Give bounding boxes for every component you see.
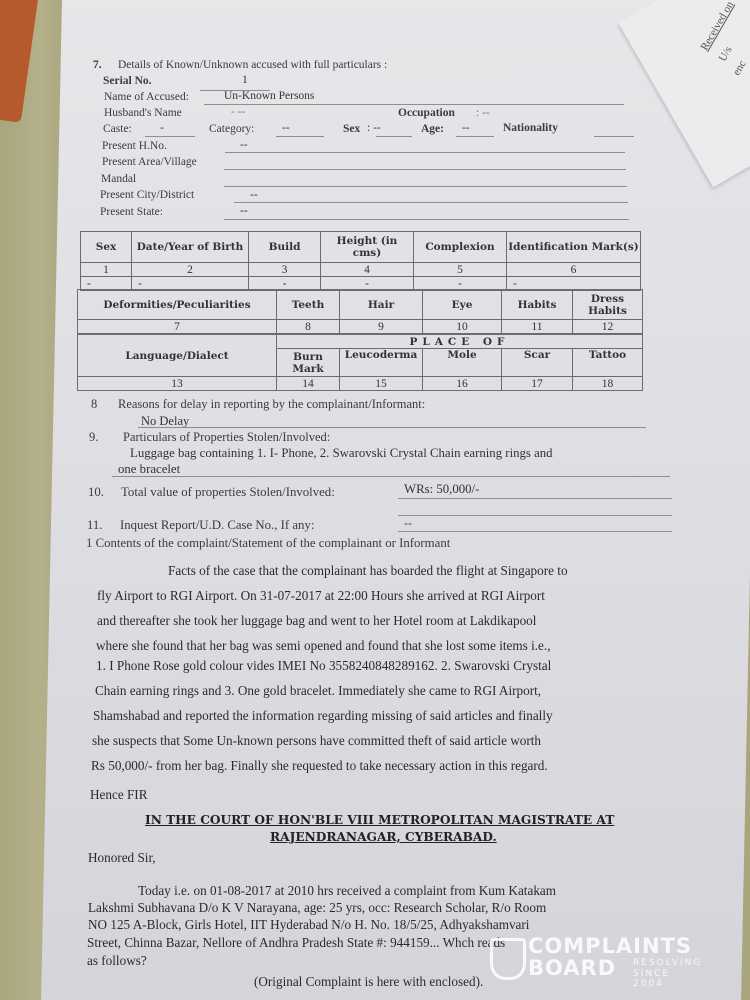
col-number: 8	[277, 320, 340, 334]
section9-number: 9.	[89, 430, 98, 445]
occupation-label: Occupation	[398, 107, 455, 119]
th-sex: Sex	[81, 232, 132, 263]
th-leucoderma: Leucoderma	[340, 349, 423, 377]
shield-icon	[490, 938, 526, 980]
city-value: --	[250, 189, 258, 201]
category-value: --	[282, 122, 290, 134]
th-eye: Eye	[423, 290, 502, 320]
court-body-line: NO 125 A-Block, Girls Hotel, IIT Hyderab…	[88, 916, 529, 934]
col-number: 10	[423, 320, 502, 334]
sex-label: Sex	[343, 123, 360, 135]
col-number: 7	[78, 320, 277, 334]
th-complexion: Complexion	[414, 232, 507, 263]
facts-line: and thereafter she took her luggage bag …	[97, 609, 536, 634]
col-number: 13	[78, 377, 277, 391]
watermark-tagline2: SINCE 2004	[633, 969, 670, 989]
th-mole: Mole	[423, 349, 502, 377]
section9-value-line2: one bracelet	[118, 462, 180, 477]
th-burn-mark: Burn Mark	[277, 349, 340, 377]
col-number: 14	[277, 377, 340, 391]
section7-number: 7.	[93, 59, 102, 71]
state-label: Present State:	[100, 206, 163, 218]
col-number: 4	[321, 263, 414, 277]
th-tattoo: Tattoo	[573, 349, 643, 377]
col-number: 18	[573, 377, 643, 391]
watermark-tagline1: RESOLVING	[633, 958, 702, 968]
court-body-line: Lakshmi Subhavana D/o K V Narayana, age:…	[88, 899, 546, 917]
court-body-line: as follows?	[87, 952, 147, 970]
col-number: 16	[423, 377, 502, 391]
section8-number: 8	[91, 397, 97, 412]
section7-title: Details of Known/Unknown accused with fu…	[118, 59, 387, 71]
mandal-label: Mandal	[101, 173, 136, 185]
col-number: 1	[81, 263, 132, 277]
nationality-label: Nationality	[503, 122, 558, 134]
court-heading-line1: IN THE COURT OF HON'BLE VIII METROPOLITA…	[145, 813, 614, 827]
husband-label: Husband's Name	[104, 107, 182, 119]
col-number: 2	[132, 263, 249, 277]
th-dob: Date/Year of Birth	[132, 232, 249, 263]
th-language: Language/Dialect	[78, 335, 277, 377]
description-table-3: Language/Dialect PLACE OF Burn Mark Leuc…	[77, 334, 643, 391]
facts-line: 1. I Phone Rose gold colour vides IMEI N…	[96, 654, 551, 679]
court-heading-line2: RAJENDRANAGAR, CYBERABAD.	[270, 830, 497, 844]
watermark-brand-line1: COMPLAINTS	[528, 934, 692, 958]
section10-number: 10.	[88, 485, 104, 500]
section11-number: 11.	[87, 518, 103, 533]
facts-line: Chain earning rings and 3. One gold brac…	[95, 679, 541, 704]
serial-label: Serial No.	[103, 75, 152, 87]
facts-line: fly Airport to RGI Airport. On 31-07-201…	[97, 584, 545, 609]
court-body-line: Today i.e. on 01-08-2017 at 2010 hrs rec…	[138, 882, 556, 900]
description-table-2: Deformities/Peculiarities Teeth Hair Eye…	[77, 289, 643, 334]
caste-label: Caste:	[103, 123, 132, 135]
th-hair: Hair	[340, 290, 423, 320]
th-place-of: PLACE OF	[277, 335, 643, 349]
name-value: Un-Known Persons	[224, 90, 314, 102]
section12-label: 1 Contents of the complaint/Statement of…	[86, 536, 450, 551]
col-number: 17	[502, 377, 573, 391]
section10-value: WRs: 50,000/-	[404, 482, 479, 497]
th-height: Height (in cms)	[321, 232, 414, 263]
hno-value: --	[240, 139, 248, 151]
th-habits: Habits	[502, 290, 573, 320]
facts-line: Facts of the case that the complainant h…	[168, 559, 568, 584]
th-dress-habits: Dress Habits	[573, 290, 643, 320]
state-value: --	[240, 205, 248, 217]
description-table-1: Sex Date/Year of Birth Build Height (in …	[80, 231, 641, 291]
facts-line: Shamshabad and reported the information …	[93, 704, 553, 729]
serial-value: 1	[242, 74, 248, 86]
husband-value: - --	[231, 106, 245, 118]
section8-label: Reasons for delay in reporting by the co…	[118, 397, 425, 412]
th-teeth: Teeth	[277, 290, 340, 320]
th-scar: Scar	[502, 349, 573, 377]
th-identification: Identification Mark(s)	[507, 232, 641, 263]
hno-label: Present H.No.	[102, 140, 167, 152]
col-number: 5	[414, 263, 507, 277]
section9-label: Particulars of Properties Stolen/Involve…	[123, 430, 330, 445]
facts-line: she suspects that Some Un-known persons …	[92, 729, 541, 754]
salutation: Honored Sir,	[88, 846, 156, 871]
court-body-line: Street, Chinna Bazar, Nellore of Andhra …	[87, 934, 505, 952]
watermark-brand-line2: BOARD	[528, 956, 616, 980]
age-label: Age:	[421, 123, 444, 135]
sex-value: : --	[367, 122, 381, 134]
area-label: Present Area/Village	[102, 156, 197, 168]
th-deformities: Deformities/Peculiarities	[78, 290, 277, 320]
caste-value: -	[160, 122, 164, 134]
enclosed-note: (Original Complaint is here with enclose…	[254, 973, 483, 991]
name-label: Name of Accused:	[104, 91, 189, 103]
col-number: 6	[507, 263, 641, 277]
section11-value: --	[404, 516, 412, 531]
col-number: 9	[340, 320, 423, 334]
section11-label: Inquest Report/U.D. Case No., If any:	[120, 518, 314, 533]
col-number: 12	[573, 320, 643, 334]
facts-line: Hence FIR	[90, 783, 148, 808]
occupation-value: : --	[476, 107, 490, 119]
section10-label: Total value of properties Stolen/Involve…	[121, 485, 335, 500]
th-build: Build	[249, 232, 321, 263]
city-label: Present City/District	[100, 189, 194, 201]
col-number: 3	[249, 263, 321, 277]
col-number: 11	[502, 320, 573, 334]
col-number: 15	[340, 377, 423, 391]
age-value: --	[462, 122, 470, 134]
facts-line: Rs 50,000/- from her bag. Finally she re…	[91, 754, 548, 779]
orange-object	[0, 0, 39, 123]
section9-value-line1: Luggage bag containing 1. I- Phone, 2. S…	[130, 446, 553, 461]
category-label: Category:	[209, 123, 254, 135]
